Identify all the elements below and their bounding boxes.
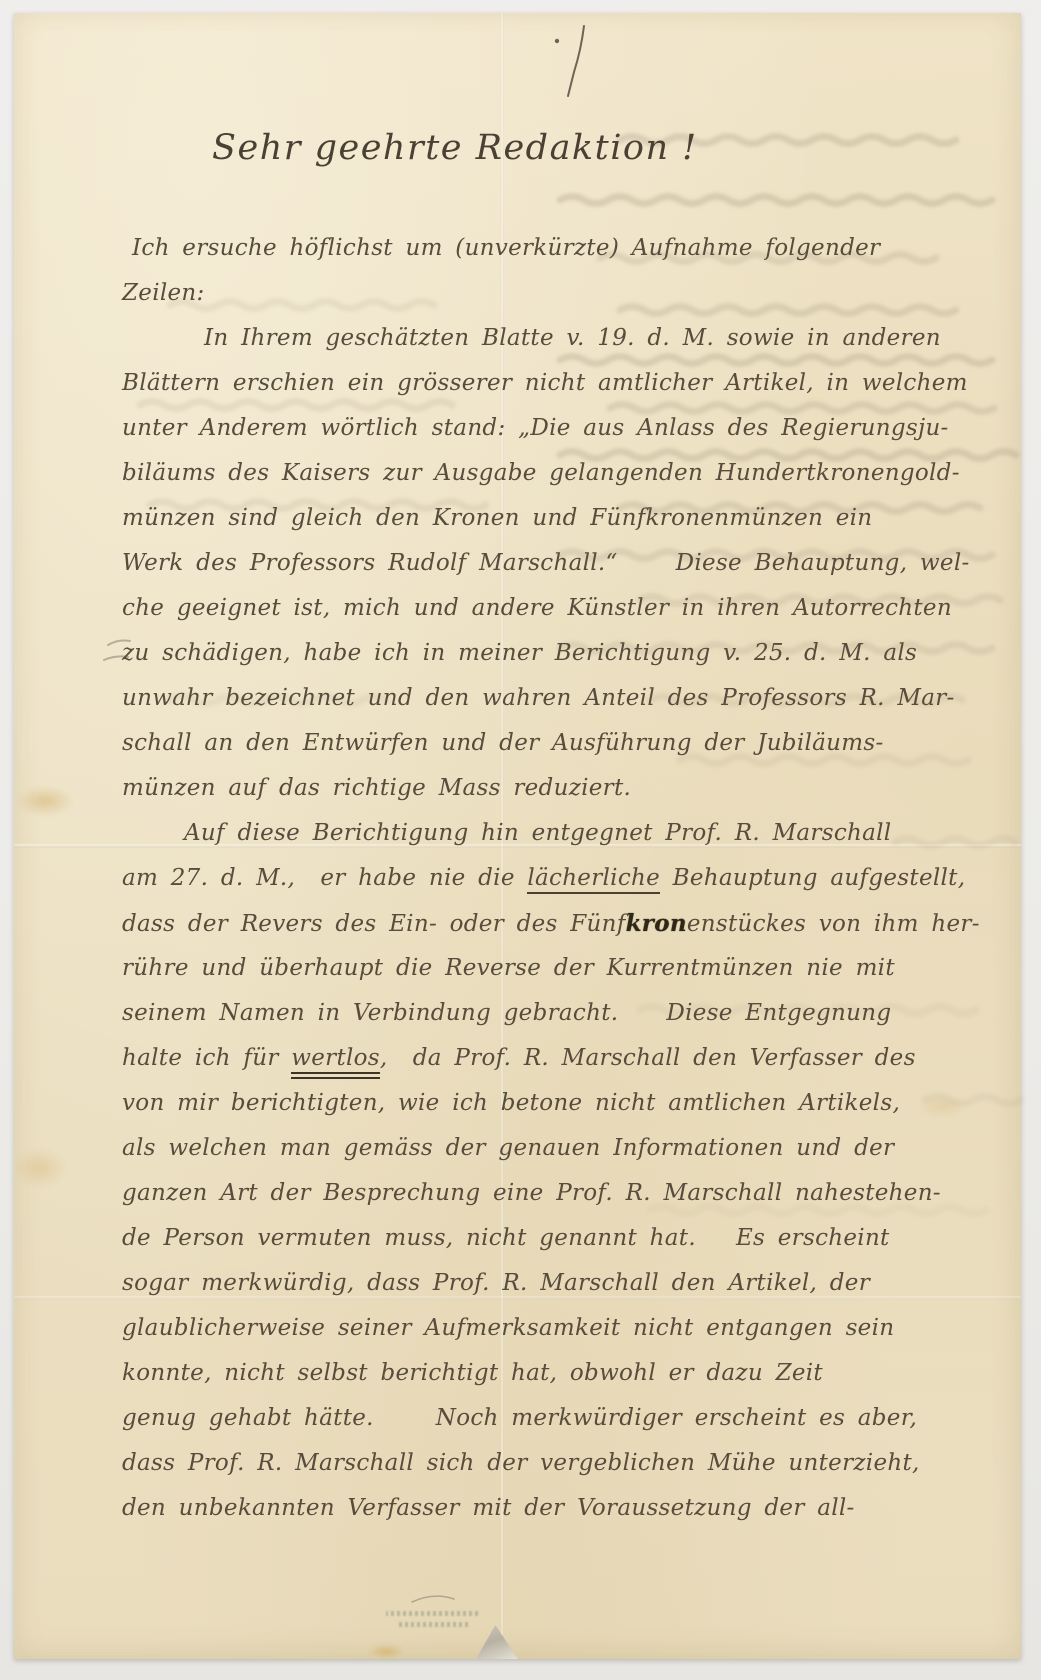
letter-line: dass der Revers des Ein- oder des Fünfkr… (122, 901, 982, 946)
text-segment: Blättern erschien ein grösserer nicht am… (122, 370, 968, 396)
paper-stain (368, 1645, 404, 1658)
text-segment: Diese Entgegnung (666, 1000, 891, 1026)
text-segment: Auf diese Berichtigung hin entgegnet Pro… (184, 820, 891, 846)
letter-line: In Ihrem geschätzten Blatte v. 19. d. M.… (122, 316, 982, 361)
text-segment: genug gehabt hätte. (122, 1405, 374, 1431)
letter-line: am 27. d. M., er habe nie die lächerlich… (122, 856, 982, 901)
text-segment: Werk des Professors Rudolf Marschall.“ (122, 550, 618, 576)
text-segment: wertlos (291, 1045, 380, 1079)
text-segment: Diese Behauptung, wel- (676, 550, 970, 576)
text-segment: lächerliche (527, 865, 660, 894)
letter-line: de Person vermuten muss, nicht genannt h… (122, 1216, 982, 1261)
text-segment: den unbekannten Verfasser mit der Voraus… (122, 1495, 855, 1521)
text-segment: münzen auf das richtige Mass reduziert. (122, 775, 631, 801)
text-segment: dass der Revers des Ein- oder des Fünf (122, 911, 626, 937)
letter-line: münzen auf das richtige Mass reduziert. (122, 766, 982, 811)
text-segment: Zeilen: (122, 280, 205, 306)
text-segment: rühre und überhaupt die Reverse der Kurr… (122, 955, 895, 981)
letter-salutation: Sehr geehrte Redaktion ! (212, 128, 698, 168)
text-segment: de Person vermuten muss, nicht genannt h… (122, 1225, 696, 1251)
letter-line: Auf diese Berichtigung hin entgegnet Pro… (122, 811, 982, 856)
letter-line: von mir berichtigten, wie ich betone nic… (122, 1081, 982, 1126)
text-segment: Noch merkwürdiger erscheint es aber, (436, 1405, 917, 1431)
text-segment: sogar merkwürdig, dass Prof. R. Marschal… (122, 1270, 870, 1296)
letter-line: unwahr bezeichnet und den wahren Anteil … (122, 676, 982, 721)
letter-line: schall an den Entwürfen und der Ausführu… (122, 721, 982, 766)
photograph-backdrop: { "letter": { "heading": "Sehr geehrte R… (0, 0, 1041, 1680)
text-segment: konnte, nicht selbst berichtigt hat, obw… (122, 1360, 823, 1386)
letter-line: Blättern erschien ein grösserer nicht am… (122, 361, 982, 406)
text-segment: unwahr bezeichnet und den wahren Anteil … (122, 685, 955, 711)
text-segment: Behauptung aufgestellt, (660, 865, 965, 891)
paper-stain (16, 786, 74, 816)
letter-line: Ich ersuche höflichst um (unverkürzte) A… (122, 226, 982, 271)
letter-line: zu schädigen, habe ich in meiner Bericht… (122, 631, 982, 676)
text-segment: dass Prof. R. Marschall sich der vergebl… (122, 1450, 920, 1476)
paper-tear (476, 1625, 518, 1659)
text-segment: , da Prof. R. Marschall den Verfasser de… (380, 1045, 916, 1071)
text-segment: seinem Namen in Verbindung gebracht. (122, 1000, 618, 1026)
text-segment: schall an den Entwürfen und der Ausführu… (122, 730, 884, 756)
letter-line: glaublicherweise seiner Aufmerksamkeit n… (122, 1306, 982, 1351)
letter-body: Ich ersuche höflichst um (unverkürzte) A… (122, 226, 982, 1531)
text-segment: zu schädigen, habe ich in meiner Bericht… (122, 640, 917, 666)
text-segment: che geeignet ist, mich und andere Künstl… (122, 595, 952, 621)
text-segment: kron (626, 910, 687, 937)
text-segment: ganzen Art der Besprechung eine Prof. R.… (122, 1180, 941, 1206)
paper-stain (14, 1148, 66, 1188)
letter-line: konnte, nicht selbst berichtigt hat, obw… (122, 1351, 982, 1396)
text-segment: unter Anderem wörtlich stand: „Die aus A… (122, 415, 949, 441)
text-segment: als welchen man gemäss der genauen Infor… (122, 1135, 894, 1161)
text-segment: Ich ersuche höflichst um (unverkürzte) A… (132, 235, 880, 261)
text-segment: von mir berichtigten, wie ich betone nic… (122, 1090, 900, 1116)
text-segment: am 27. d. M., er habe nie die (122, 865, 527, 891)
letter-line: biläums des Kaisers zur Ausgabe gelangen… (122, 451, 982, 496)
text-segment: Es erscheint (736, 1225, 890, 1251)
letter-line: sogar merkwürdig, dass Prof. R. Marschal… (122, 1261, 982, 1306)
text-segment: halte ich für (122, 1045, 291, 1071)
letter-line: Werk des Professors Rudolf Marschall.“Di… (122, 541, 982, 586)
letter-line: seinem Namen in Verbindung gebracht.Dies… (122, 991, 982, 1036)
letter-line: che geeignet ist, mich und andere Künstl… (122, 586, 982, 631)
stamp-row (386, 1611, 478, 1616)
text-segment: In Ihrem geschätzten Blatte v. 19. d. M.… (204, 325, 941, 351)
letter-line: münzen sind gleich den Kronen und Fünfkr… (122, 496, 982, 541)
letter-line: genug gehabt hätte.Noch merkwürdiger ers… (122, 1396, 982, 1441)
text-segment: münzen sind gleich den Kronen und Fünfkr… (122, 505, 872, 531)
letter-line: unter Anderem wörtlich stand: „Die aus A… (122, 406, 982, 451)
text-segment: enstückes von ihm her- (687, 911, 980, 937)
letter-line: halte ich für wertlos, da Prof. R. Marsc… (122, 1036, 982, 1081)
text-segment: biläums des Kaisers zur Ausgabe gelangen… (122, 460, 960, 486)
letter-line: dass Prof. R. Marschall sich der vergebl… (122, 1441, 982, 1486)
stamp-row (396, 1622, 468, 1627)
letter-line: ganzen Art der Besprechung eine Prof. R.… (122, 1171, 982, 1216)
letter-line: rühre und überhaupt die Reverse der Kurr… (122, 946, 982, 991)
letter-line: den unbekannten Verfasser mit der Voraus… (122, 1486, 982, 1531)
text-segment: glaublicherweise seiner Aufmerksamkeit n… (122, 1315, 894, 1341)
bleed-through-stamp (386, 1611, 478, 1637)
letter-line: als welchen man gemäss der genauen Infor… (122, 1126, 982, 1171)
letter-line: Zeilen: (122, 271, 982, 316)
